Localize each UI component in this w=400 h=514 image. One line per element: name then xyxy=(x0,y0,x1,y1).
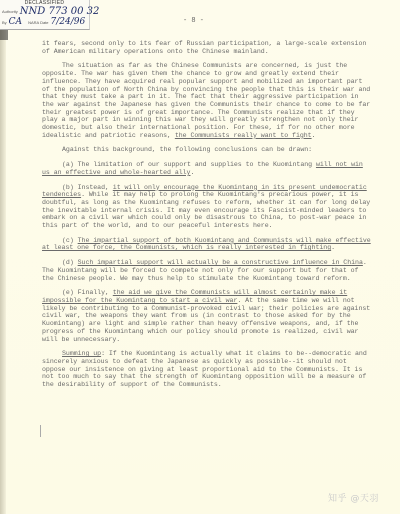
paragraph-text: it fears, second only to its fear of Rus… xyxy=(42,40,366,55)
paragraph: it fears, second only to its fear of Rus… xyxy=(42,40,372,55)
paragraph: Against this background, the following c… xyxy=(42,146,372,154)
document-body: it fears, second only to its fear of Rus… xyxy=(42,40,372,396)
underlined-text: Summing up xyxy=(62,350,101,357)
paragraph-text: . xyxy=(331,244,335,251)
stamp-by-label: By xyxy=(2,17,7,28)
stamp-date-value: 7/24/96 xyxy=(51,17,86,28)
paragraph-text: (a) The limitation of our support and su… xyxy=(62,161,316,168)
paragraph: (b) Instead, it will only encourage the … xyxy=(42,184,372,230)
paragraph-text: (b) Instead, xyxy=(62,184,113,191)
paragraph-text: The situation as far as the Chinese Comm… xyxy=(42,62,370,138)
underlined-text: The impartial support of both Kuomintang… xyxy=(42,237,371,252)
stamp-authority-value: NND 773 00 32 xyxy=(20,6,100,17)
paragraph-text: . xyxy=(312,132,316,139)
stamp-nara-label: NARA Date xyxy=(28,17,48,28)
stamp-authority-row: Authority NND 773 00 32 xyxy=(2,6,87,17)
paragraph: (d) Such impartial support will actually… xyxy=(42,259,372,282)
paragraph-text: (e) Finally, xyxy=(62,289,113,296)
paragraph-text: . xyxy=(190,169,194,176)
document-page: DECLASSIFIED Authority NND 773 00 32 By … xyxy=(0,0,400,514)
paragraph: The situation as far as the Chinese Comm… xyxy=(42,62,372,139)
page-number: - 8 - xyxy=(183,17,204,25)
underlined-text: the Communists really want to fight xyxy=(175,132,312,139)
paragraph: (e) Finally, the aid we give the Communi… xyxy=(42,289,372,343)
page-edge-shadow xyxy=(0,30,6,514)
paragraph-text: (c) xyxy=(62,237,78,244)
paragraph-text: Against this background, the following c… xyxy=(62,146,312,153)
stamp-by-row: By CA NARA Date 7/24/96 xyxy=(2,17,87,28)
paragraph: (a) The limitation of our support and su… xyxy=(42,161,372,176)
paragraph-text: . While it may help to prolong the Kuomi… xyxy=(42,191,370,229)
stamp-by-value: CA xyxy=(9,17,22,28)
stamp-authority-label: Authority xyxy=(2,6,18,17)
paragraph-text: . At the same time we will not likely be… xyxy=(42,297,370,343)
margin-mark xyxy=(40,425,41,437)
paragraph-text: (d) xyxy=(62,259,78,266)
declassified-stamp: DECLASSIFIED Authority NND 773 00 32 By … xyxy=(0,0,90,30)
watermark: 知乎 @天羽 xyxy=(328,491,379,504)
paragraph: (c) The impartial support of both Kuomin… xyxy=(42,237,372,252)
underlined-text: Such impartial support will actually be … xyxy=(78,259,363,266)
stamp-shadow xyxy=(0,30,8,40)
paragraph: Summing up: If the Kuomintang is actuall… xyxy=(42,350,372,389)
